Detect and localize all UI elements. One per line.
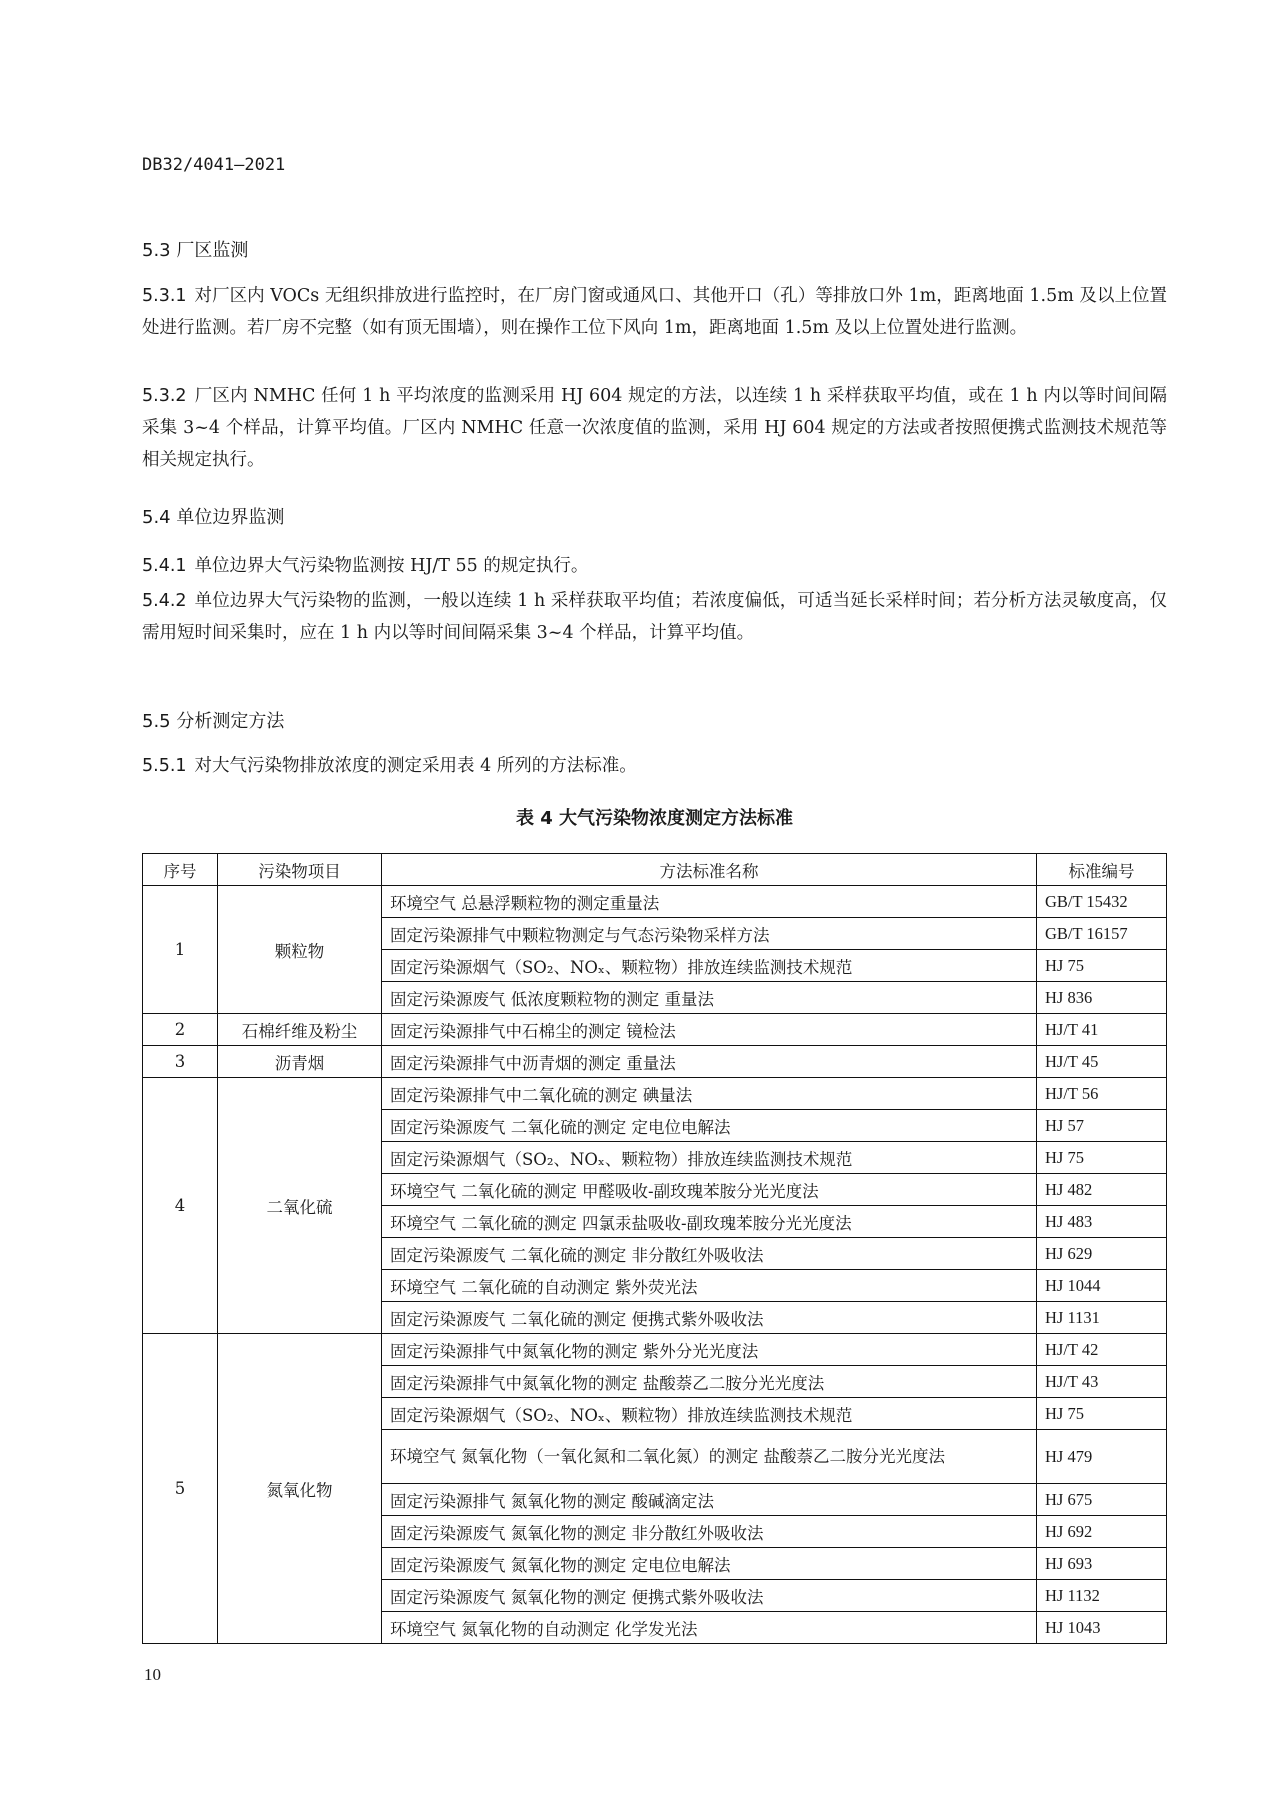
row-number: 1 [143,886,218,1014]
column-header-method: 方法标准名称 [382,854,1037,886]
standard-code: HJ 693 [1037,1548,1167,1580]
standard-code: HJ 836 [1037,982,1167,1014]
standard-code: HJ/T 41 [1037,1014,1167,1046]
method-name: 固定污染源排气中颗粒物测定与气态污染物采样方法 [382,918,1037,950]
table-row: 1 颗粒物 环境空气 总悬浮颗粒物的测定重量法 GB/T 15432 [143,886,1167,918]
clause-text: 单位边界大气污染物监测按 HJ/T 55 的规定执行。 [195,556,589,576]
column-header-pollutant: 污染物项目 [218,854,382,886]
standard-code: HJ/T 45 [1037,1046,1167,1078]
clause-number: 5.4.1 [142,556,187,576]
standard-code: HJ 75 [1037,950,1167,982]
method-name: 固定污染源废气 二氧化硫的测定 定电位电解法 [382,1110,1037,1142]
method-name: 环境空气 总悬浮颗粒物的测定重量法 [382,886,1037,918]
clause-text: 单位边界大气污染物的监测，一般以连续 1 h 采样获取平均值；若浓度偏低，可适当… [142,591,1167,643]
pollutant-name: 二氧化硫 [218,1078,382,1334]
method-name: 固定污染源废气 低浓度颗粒物的测定 重量法 [382,982,1037,1014]
standard-code: HJ 75 [1037,1142,1167,1174]
method-name: 固定污染源烟气（SO₂、NOₓ、颗粒物）排放连续监测技术规范 [382,1142,1037,1174]
table-header-row: 序号 污染物项目 方法标准名称 标准编号 [143,854,1167,886]
methods-table: 序号 污染物项目 方法标准名称 标准编号 1 颗粒物 环境空气 总悬浮颗粒物的测… [142,853,1167,1644]
standard-code: HJ 483 [1037,1206,1167,1238]
standard-code: GB/T 16157 [1037,918,1167,950]
standard-code: HJ 692 [1037,1516,1167,1548]
row-number: 3 [143,1046,218,1078]
clause-text: 厂区内 NMHC 任何 1 h 平均浓度的监测采用 HJ 604 规定的方法，以… [142,386,1167,470]
table-row: 3 沥青烟 固定污染源排气中沥青烟的测定 重量法 HJ/T 45 [143,1046,1167,1078]
paragraph-5-5-1: 5.5.1对大气污染物排放浓度的测定采用表 4 所列的方法标准。 [142,750,1167,782]
standard-code: HJ 1043 [1037,1612,1167,1644]
method-name: 固定污染源废气 二氧化硫的测定 便携式紫外吸收法 [382,1302,1037,1334]
method-name: 固定污染源排气 氮氧化物的测定 酸碱滴定法 [382,1484,1037,1516]
section-heading-5-5: 5.5 分析测定方法 [142,707,284,733]
column-header-no: 序号 [143,854,218,886]
pollutant-name: 氮氧化物 [218,1334,382,1644]
method-name: 环境空气 二氧化硫的测定 四氯汞盐吸收-副玫瑰苯胺分光光度法 [382,1206,1037,1238]
row-number: 4 [143,1078,218,1334]
method-name: 固定污染源排气中氮氧化物的测定 紫外分光光度法 [382,1334,1037,1366]
pollutant-name: 石棉纤维及粉尘 [218,1014,382,1046]
standard-code: HJ/T 42 [1037,1334,1167,1366]
standard-code: HJ 629 [1037,1238,1167,1270]
standard-code: HJ 1044 [1037,1270,1167,1302]
row-number: 5 [143,1334,218,1644]
standard-code: HJ 675 [1037,1484,1167,1516]
method-name: 固定污染源排气中沥青烟的测定 重量法 [382,1046,1037,1078]
paragraph-5-3-1: 5.3.1对厂区内 VOCs 无组织排放进行监控时，在厂房门窗或通风口、其他开口… [142,280,1167,344]
table-row: 4 二氧化硫 固定污染源排气中二氧化硫的测定 碘量法 HJ/T 56 [143,1078,1167,1110]
method-name: 环境空气 二氧化硫的自动测定 紫外荧光法 [382,1270,1037,1302]
row-number: 2 [143,1014,218,1046]
standard-code: HJ 482 [1037,1174,1167,1206]
table-row: 2 石棉纤维及粉尘 固定污染源排气中石棉尘的测定 镜检法 HJ/T 41 [143,1014,1167,1046]
method-name: 环境空气 氮氧化物（一氧化氮和二氧化氮）的测定 盐酸萘乙二胺分光光度法 [382,1430,1037,1484]
standard-code: GB/T 15432 [1037,886,1167,918]
paragraph-5-4-2: 5.4.2单位边界大气污染物的监测，一般以连续 1 h 采样获取平均值；若浓度偏… [142,585,1167,649]
pollutant-name: 颗粒物 [218,886,382,1014]
clause-number: 5.5.1 [142,756,187,776]
page-number: 10 [144,1665,161,1685]
method-name: 固定污染源废气 氮氧化物的测定 非分散红外吸收法 [382,1516,1037,1548]
standard-code-header: DB32/4041—2021 [142,155,285,175]
section-heading-5-4: 5.4 单位边界监测 [142,503,284,529]
method-name: 固定污染源排气中石棉尘的测定 镜检法 [382,1014,1037,1046]
clause-number: 5.4.2 [142,591,187,611]
clause-text: 对大气污染物排放浓度的测定采用表 4 所列的方法标准。 [195,756,637,776]
clause-number: 5.3.2 [142,386,187,406]
column-header-code: 标准编号 [1037,854,1167,886]
method-name: 固定污染源废气 氮氧化物的测定 便携式紫外吸收法 [382,1580,1037,1612]
clause-number: 5.3.1 [142,286,187,306]
paragraph-5-4-1: 5.4.1单位边界大气污染物监测按 HJ/T 55 的规定执行。 [142,550,1167,582]
standard-code: HJ 75 [1037,1398,1167,1430]
clause-text: 对厂区内 VOCs 无组织排放进行监控时，在厂房门窗或通风口、其他开口（孔）等排… [142,286,1167,338]
method-name: 固定污染源烟气（SO₂、NOₓ、颗粒物）排放连续监测技术规范 [382,1398,1037,1430]
standard-code: HJ 479 [1037,1430,1167,1484]
method-name: 环境空气 二氧化硫的测定 甲醛吸收-副玫瑰苯胺分光光度法 [382,1174,1037,1206]
method-name: 固定污染源烟气（SO₂、NOₓ、颗粒物）排放连续监测技术规范 [382,950,1037,982]
method-name: 固定污染源废气 氮氧化物的测定 定电位电解法 [382,1548,1037,1580]
standard-code: HJ/T 56 [1037,1078,1167,1110]
table-row: 5 氮氧化物 固定污染源排气中氮氧化物的测定 紫外分光光度法 HJ/T 42 [143,1334,1167,1366]
method-name: 固定污染源排气中氮氧化物的测定 盐酸萘乙二胺分光光度法 [382,1366,1037,1398]
method-name: 环境空气 氮氧化物的自动测定 化学发光法 [382,1612,1037,1644]
standard-code: HJ 1132 [1037,1580,1167,1612]
section-heading-5-3: 5.3 厂区监测 [142,236,248,262]
standard-code: HJ 57 [1037,1110,1167,1142]
method-name: 固定污染源废气 二氧化硫的测定 非分散红外吸收法 [382,1238,1037,1270]
table-title: 表 4 大气污染物浓度测定方法标准 [142,804,1167,830]
standard-code: HJ 1131 [1037,1302,1167,1334]
standard-code: HJ/T 43 [1037,1366,1167,1398]
pollutant-name: 沥青烟 [218,1046,382,1078]
method-name: 固定污染源排气中二氧化硫的测定 碘量法 [382,1078,1037,1110]
paragraph-5-3-2: 5.3.2厂区内 NMHC 任何 1 h 平均浓度的监测采用 HJ 604 规定… [142,380,1167,476]
